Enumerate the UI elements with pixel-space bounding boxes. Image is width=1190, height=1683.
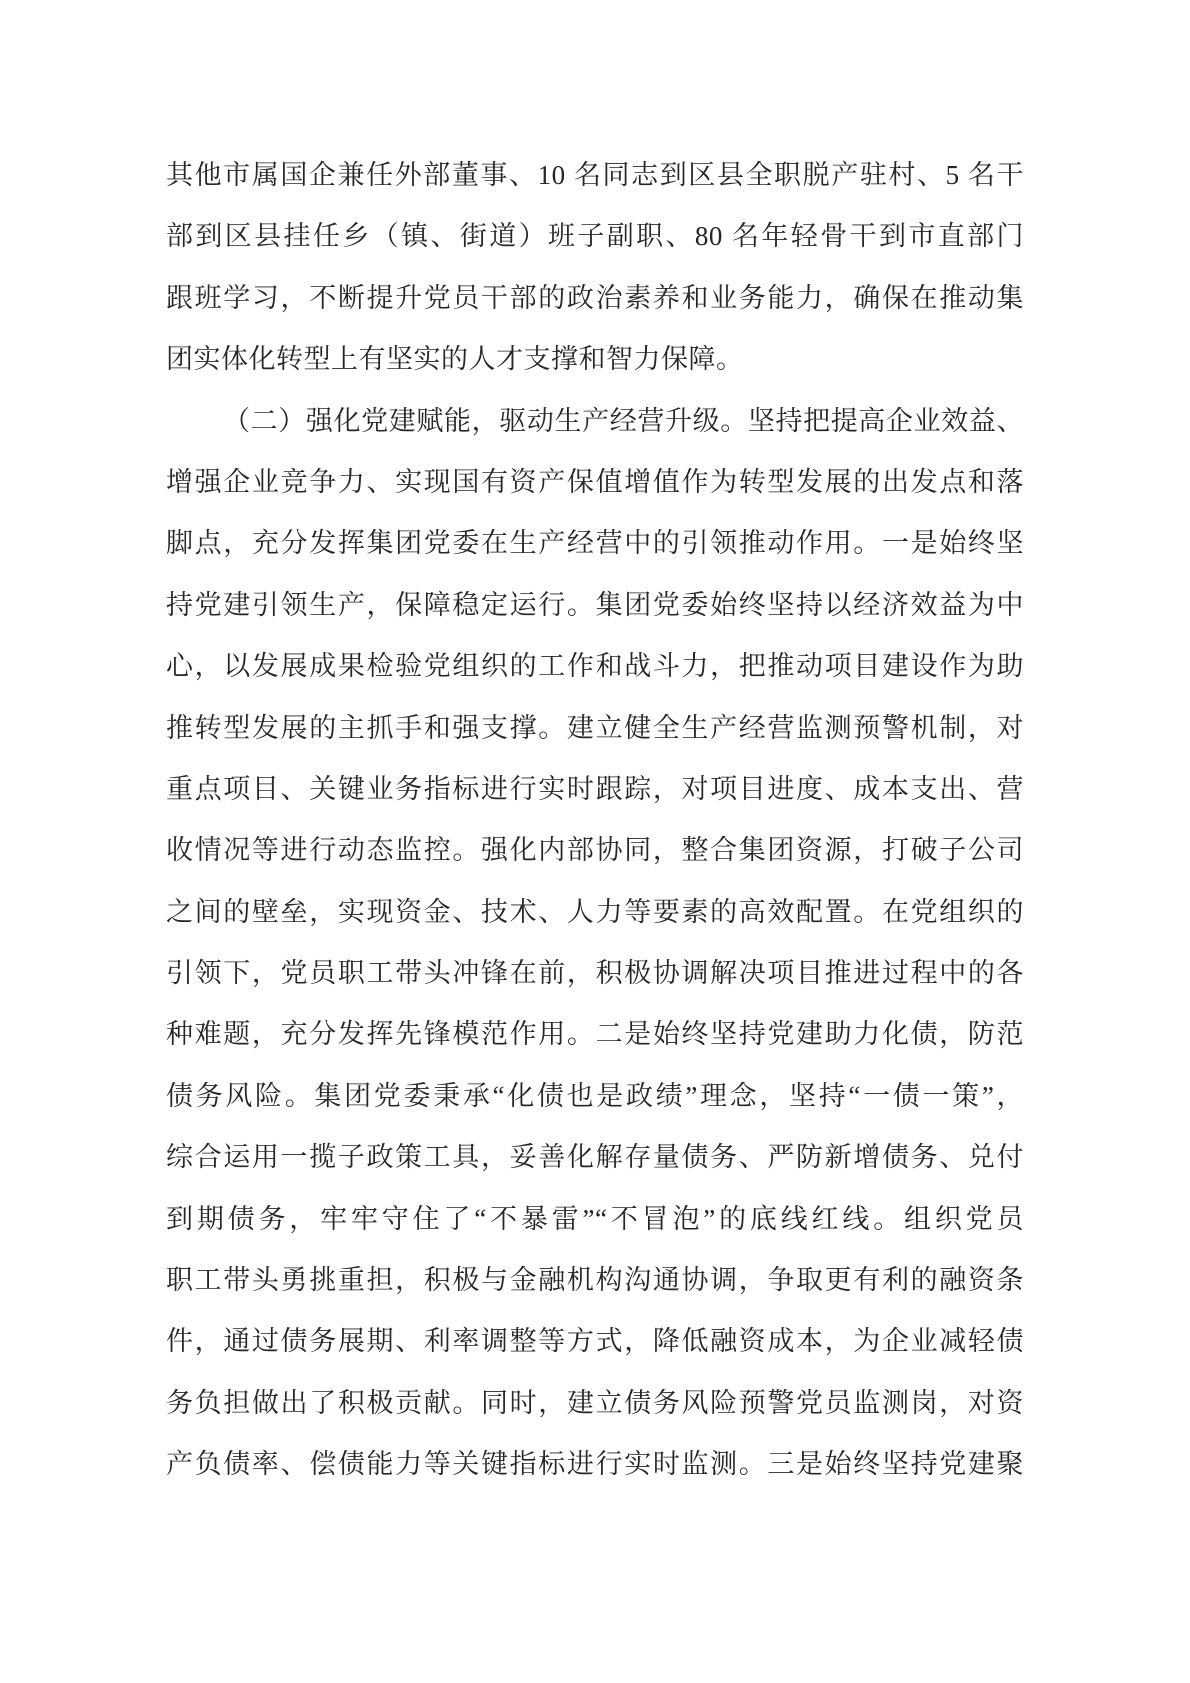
- text-line: 推转型发展的主抓手和强支撑。建立健全生产经营监测预警机制，对: [166, 698, 1024, 759]
- text-line: 之间的壁垒，实现资金、技术、人力等要素的高效配置。在党组织的: [166, 882, 1024, 943]
- text-line: （二）强化党建赋能，驱动生产经营升级。坚持把提高企业效益、: [166, 391, 1024, 452]
- text-line: 团实体化转型上有坚实的人才支撑和智力保障。: [166, 329, 1024, 390]
- text-line: 到期债务，牢牢守住了“不暴雷”“不冒泡”的底线红线。组织党员: [166, 1189, 1024, 1250]
- text-line: 件，通过债务展期、利率调整等方式，降低融资成本，为企业减轻债: [166, 1311, 1024, 1372]
- text-line: 部到区县挂任乡（镇、街道）班子副职、80 名年轻骨干到市直部门: [166, 206, 1024, 267]
- text-line: 其他市属国企兼任外部董事、10 名同志到区县全职脱产驻村、5 名干: [166, 145, 1024, 206]
- text-line: 引领下，党员职工带头冲锋在前，积极协调解决项目推进过程中的各: [166, 943, 1024, 1004]
- text-line: 务负担做出了积极贡献。同时，建立债务风险预警党员监测岗，对资: [166, 1373, 1024, 1434]
- text-line: 收情况等进行动态监控。强化内部协同，整合集团资源，打破子公司: [166, 820, 1024, 881]
- text-line: 脚点，充分发挥集团党委在生产经营中的引领推动作用。一是始终坚: [166, 513, 1024, 574]
- text-line: 持党建引领生产，保障稳定运行。集团党委始终坚持以经济效益为中: [166, 575, 1024, 636]
- text-line: 重点项目、关键业务指标进行实时跟踪，对项目进度、成本支出、营: [166, 759, 1024, 820]
- text-line: 产负债率、偿债能力等关键指标进行实时监测。三是始终坚持党建聚: [166, 1434, 1024, 1495]
- document-page: 其他市属国企兼任外部董事、10 名同志到区县全职脱产驻村、5 名干部到区县挂任乡…: [0, 0, 1190, 1683]
- text-block: 其他市属国企兼任外部董事、10 名同志到区县全职脱产驻村、5 名干部到区县挂任乡…: [166, 145, 1024, 1496]
- text-line: 综合运用一揽子政策工具，妥善化解存量债务、严防新增债务、兑付: [166, 1127, 1024, 1188]
- text-line: 增强企业竞争力、实现国有资产保值增值作为转型发展的出发点和落: [166, 452, 1024, 513]
- text-line: 心，以发展成果检验党组织的工作和战斗力，把推动项目建设作为助: [166, 636, 1024, 697]
- text-line: 债务风险。集团党委秉承“化债也是政绩”理念，坚持“一债一策”，: [166, 1066, 1024, 1127]
- text-line: 职工带头勇挑重担，积极与金融机构沟通协调，争取更有利的融资条: [166, 1250, 1024, 1311]
- text-line: 跟班学习，不断提升党员干部的政治素养和业务能力，确保在推动集: [166, 268, 1024, 329]
- text-line: 种难题，充分发挥先锋模范作用。二是始终坚持党建助力化债，防范: [166, 1004, 1024, 1065]
